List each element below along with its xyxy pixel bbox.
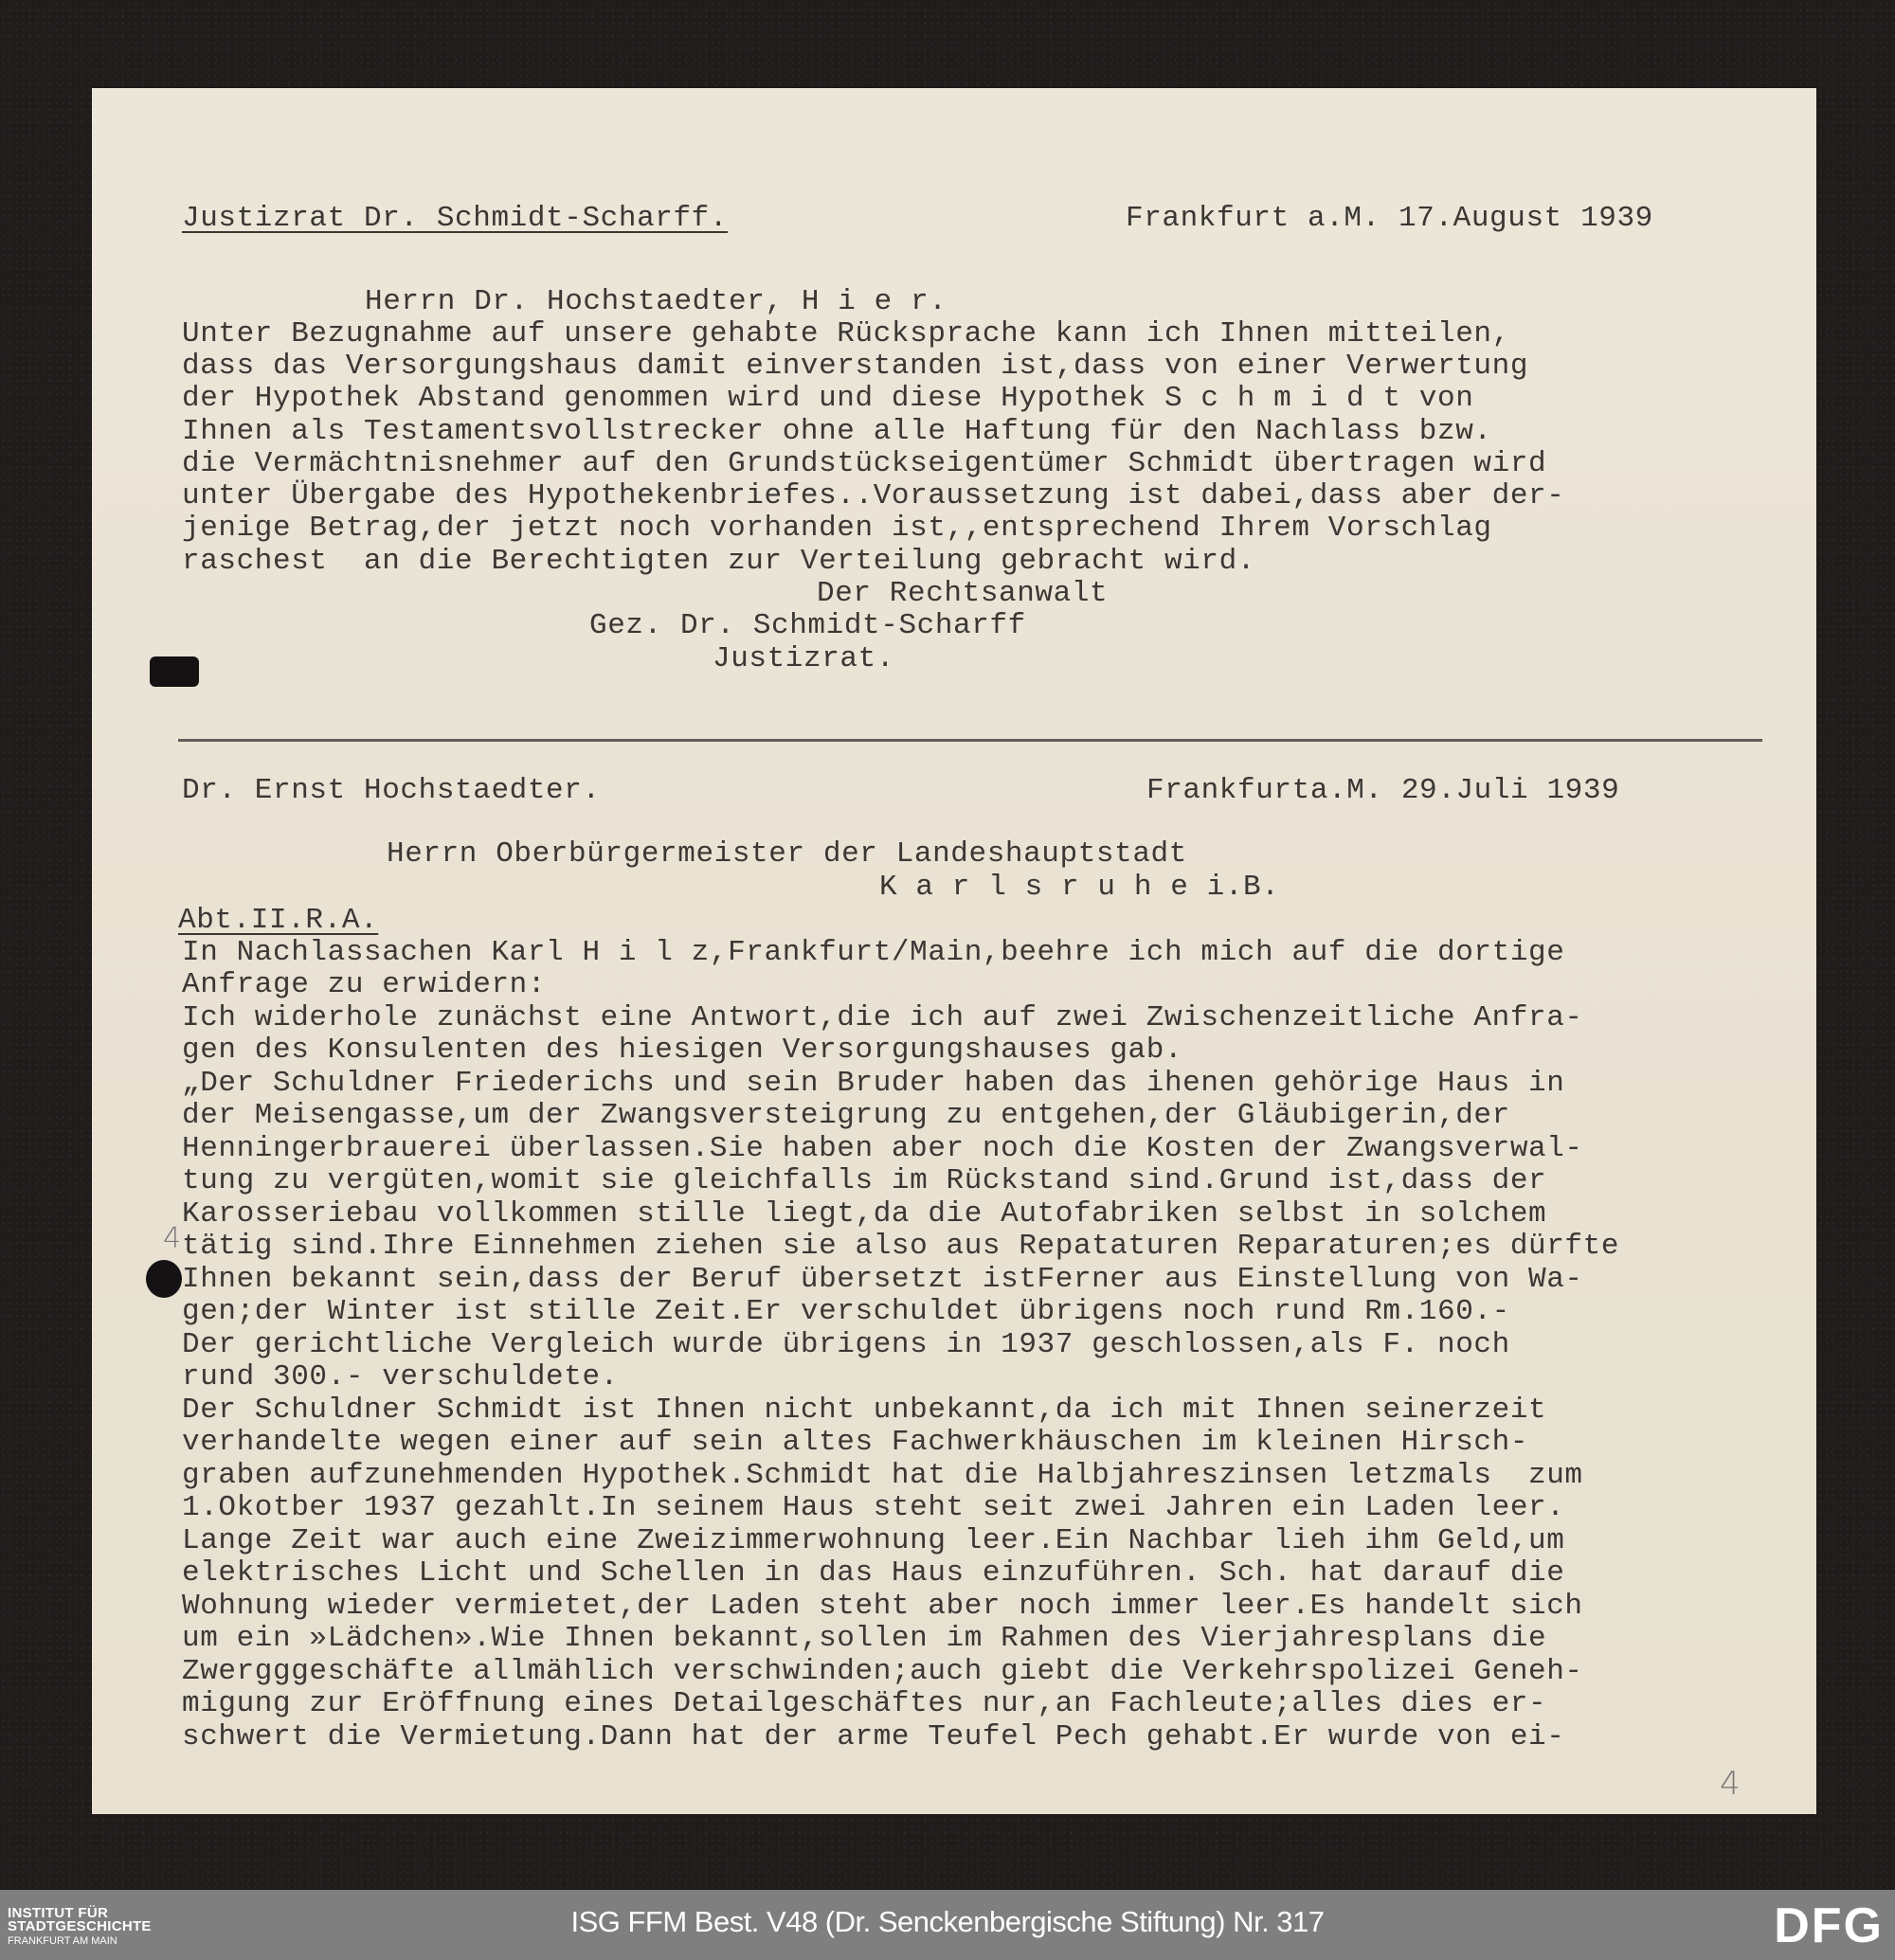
letter2-addressee-line1: Herrn Oberbürgermeister der Landeshaupts… <box>387 838 1187 872</box>
letter2-line: Der gerichtliche Vergleich wurde übrigen… <box>182 1329 1510 1362</box>
letter2-line: Der Schuldner Schmidt ist Ihnen nicht un… <box>182 1394 1546 1428</box>
letter1-closing: Der Rechtsanwalt <box>817 578 1108 611</box>
page-number-pencil: 4 <box>1720 1765 1741 1803</box>
letter1-title: Justizrat. <box>713 643 894 676</box>
letter2-line: migung zur Eröffnung eines Detailgeschäf… <box>182 1688 1546 1721</box>
letter1-line: Ihnen als Testamentsvollstrecker ohne al… <box>182 416 1492 449</box>
letter2-addressee-line2: K a r l s r u h e i.B. <box>879 872 1279 905</box>
letter2-line: 1.Okotber 1937 gezahlt.In seinem Haus st… <box>182 1492 1564 1525</box>
letter1-line: unter Übergabe des Hypothekenbriefes..Vo… <box>182 480 1564 513</box>
letter2-line: Ihnen bekannt sein,dass der Beruf überse… <box>182 1264 1583 1297</box>
archive-reference: ISG FFM Best. V48 (Dr. Senckenbergische … <box>0 1905 1895 1939</box>
letter1-place-date: Frankfurt a.M. 17.August 1939 <box>1126 203 1653 236</box>
letter2-line: Anfrage zu erwidern: <box>182 969 546 1002</box>
letter1-line: der Hypothek Abstand genommen wird und d… <box>182 383 1473 416</box>
letter2-line: gen;der Winter ist stille Zeit.Er versch… <box>182 1296 1510 1329</box>
letter2-department: Abt.II.R.A. <box>178 905 378 938</box>
letter2-line: „Der Schuldner Friederichs und sein Brud… <box>182 1068 1564 1101</box>
letter2-line: Lange Zeit war auch eine Zweizimmerwohnu… <box>182 1525 1564 1558</box>
letter2-line: In Nachlassachen Karl H i l z,Frankfurt/… <box>182 937 1564 970</box>
letter2-line: um ein »Lädchen».Wie Ihnen bekannt,solle… <box>182 1623 1546 1656</box>
punch-hole <box>146 1260 182 1298</box>
punch-hole-mark <box>150 656 199 687</box>
letter1-line: dass das Versorgungshaus damit einversta… <box>182 351 1528 384</box>
archive-footer-bar: INSTITUT FÜR STADTGESCHICHTE FRANKFURT A… <box>0 1890 1895 1960</box>
letter2-line: der Meisengasse,um der Zwangsversteigrun… <box>182 1100 1510 1133</box>
letter2-line: tung zu vergüten,womit sie gleichfalls i… <box>182 1165 1546 1198</box>
letter2-line: rund 300.- verschuldete. <box>182 1361 619 1394</box>
letter2-line: Henningerbrauerei überlassen.Sie haben a… <box>182 1133 1583 1166</box>
letter2-line: verhandelte wegen einer auf sein altes F… <box>182 1427 1528 1460</box>
letter-divider <box>178 739 1762 742</box>
dfg-logo-icon: DFG <box>1774 1901 1884 1951</box>
letter1-line: Unter Bezugnahme auf unsere gehabte Rück… <box>182 318 1510 351</box>
letter2-line: Ich widerhole zunächst eine Antwort,die … <box>182 1002 1583 1035</box>
letter1-line: raschest an die Berechtigten zur Verteil… <box>182 546 1255 579</box>
letter2-place-date: Frankfurta.M. 29.Juli 1939 <box>1146 775 1619 808</box>
letter2-line: Zwergggeschäfte allmählich verschwinden;… <box>182 1656 1583 1689</box>
letter1-sender: Justizrat Dr. Schmidt-Scharff. <box>182 203 728 236</box>
letter2-line: Karosseriebau vollkommen stille liegt,da… <box>182 1198 1546 1232</box>
letter1-signature: Gez. Dr. Schmidt-Scharff <box>589 610 1026 643</box>
letter2-line: tätig sind.Ihre Einnehmen ziehen sie als… <box>182 1231 1619 1264</box>
letter1-line: jenige Betrag,der jetzt noch vorhanden i… <box>182 512 1492 546</box>
letter2-line: schwert die Vermietung.Dann hat der arme… <box>182 1721 1564 1754</box>
letter2-line: elektrisches Licht und Schellen in das H… <box>182 1557 1564 1591</box>
letter2-sender: Dr. Ernst Hochstaedter. <box>182 775 601 808</box>
letter2-line: Wohnung wieder vermietet,der Laden steht… <box>182 1591 1583 1624</box>
letter2-line: gen des Konsulenten des hiesigen Versorg… <box>182 1034 1182 1068</box>
letter1-line: die Vermächtnisnehmer auf den Grundstück… <box>182 448 1546 481</box>
letter1-addressee: Herrn Dr. Hochstaedter, H i e r. <box>365 286 947 319</box>
margin-pencil-mark: 4 <box>163 1222 181 1255</box>
letter2-line: graben aufzunehmenden Hypothek.Schmidt h… <box>182 1460 1583 1493</box>
